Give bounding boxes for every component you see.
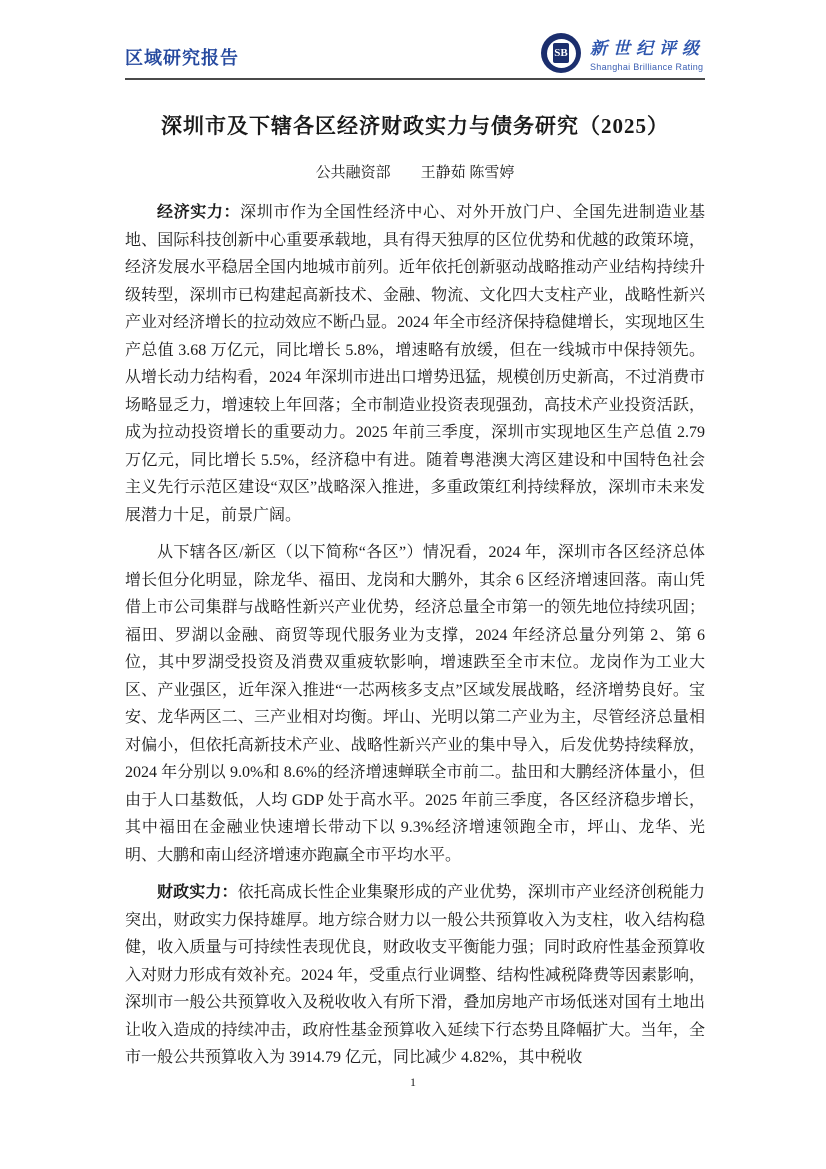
- paragraph-text: 依托高成长性企业集聚形成的产业优势，深圳市产业经济创税能力突出，财政实力保持雄厚…: [125, 884, 705, 1066]
- paragraph-economic-strength: 经济实力：深圳市作为全国性经济中心、对外开放门户、全国先进制造业基地、国际科技创…: [125, 199, 705, 529]
- report-type-label: 区域研究报告: [125, 44, 239, 73]
- brand-name-en: Shanghai Brilliance Rating: [590, 62, 703, 72]
- paragraph-lead: 财政实力：: [157, 884, 238, 901]
- document-title: 深圳市及下辖各区经济财政实力与债务研究（2025）: [125, 110, 705, 140]
- brand-logo: SB 新世纪评级 Shanghai Brilliance Rating: [541, 33, 705, 73]
- brand-text: 新世纪评级 Shanghai Brilliance Rating: [590, 34, 705, 72]
- page-number: 1: [0, 1075, 826, 1090]
- paragraph-text: 深圳市作为全国性经济中心、对外开放门户、全国先进制造业基地、国际科技创新中心重要…: [125, 204, 705, 524]
- paragraph-lead: 经济实力：: [157, 204, 240, 221]
- paragraph-fiscal-strength: 财政实力：依托高成长性企业集聚形成的产业优势，深圳市产业经济创税能力突出，财政实…: [125, 879, 705, 1072]
- paragraph-text: 从下辖各区/新区（以下简称“各区”）情况看，2024 年，深圳市各区经济总体增长…: [125, 544, 705, 864]
- paragraph-districts: 从下辖各区/新区（以下简称“各区”）情况看，2024 年，深圳市各区经济总体增长…: [125, 539, 705, 869]
- report-page: 区域研究报告 SB 新世纪评级 Shanghai Brilliance Rati…: [0, 0, 826, 1169]
- brand-monogram: SB: [553, 43, 569, 63]
- byline: 公共融资部 王静茹 陈雪婷: [125, 161, 705, 182]
- brand-name-cn: 新世纪评级: [590, 34, 705, 59]
- document-body: 经济实力：深圳市作为全国性经济中心、对外开放门户、全国先进制造业基地、国际科技创…: [125, 199, 705, 1072]
- page-header: 区域研究报告 SB 新世纪评级 Shanghai Brilliance Rati…: [125, 33, 705, 80]
- brand-seal-inner: SB: [547, 39, 576, 68]
- brand-seal-icon: SB: [541, 33, 581, 73]
